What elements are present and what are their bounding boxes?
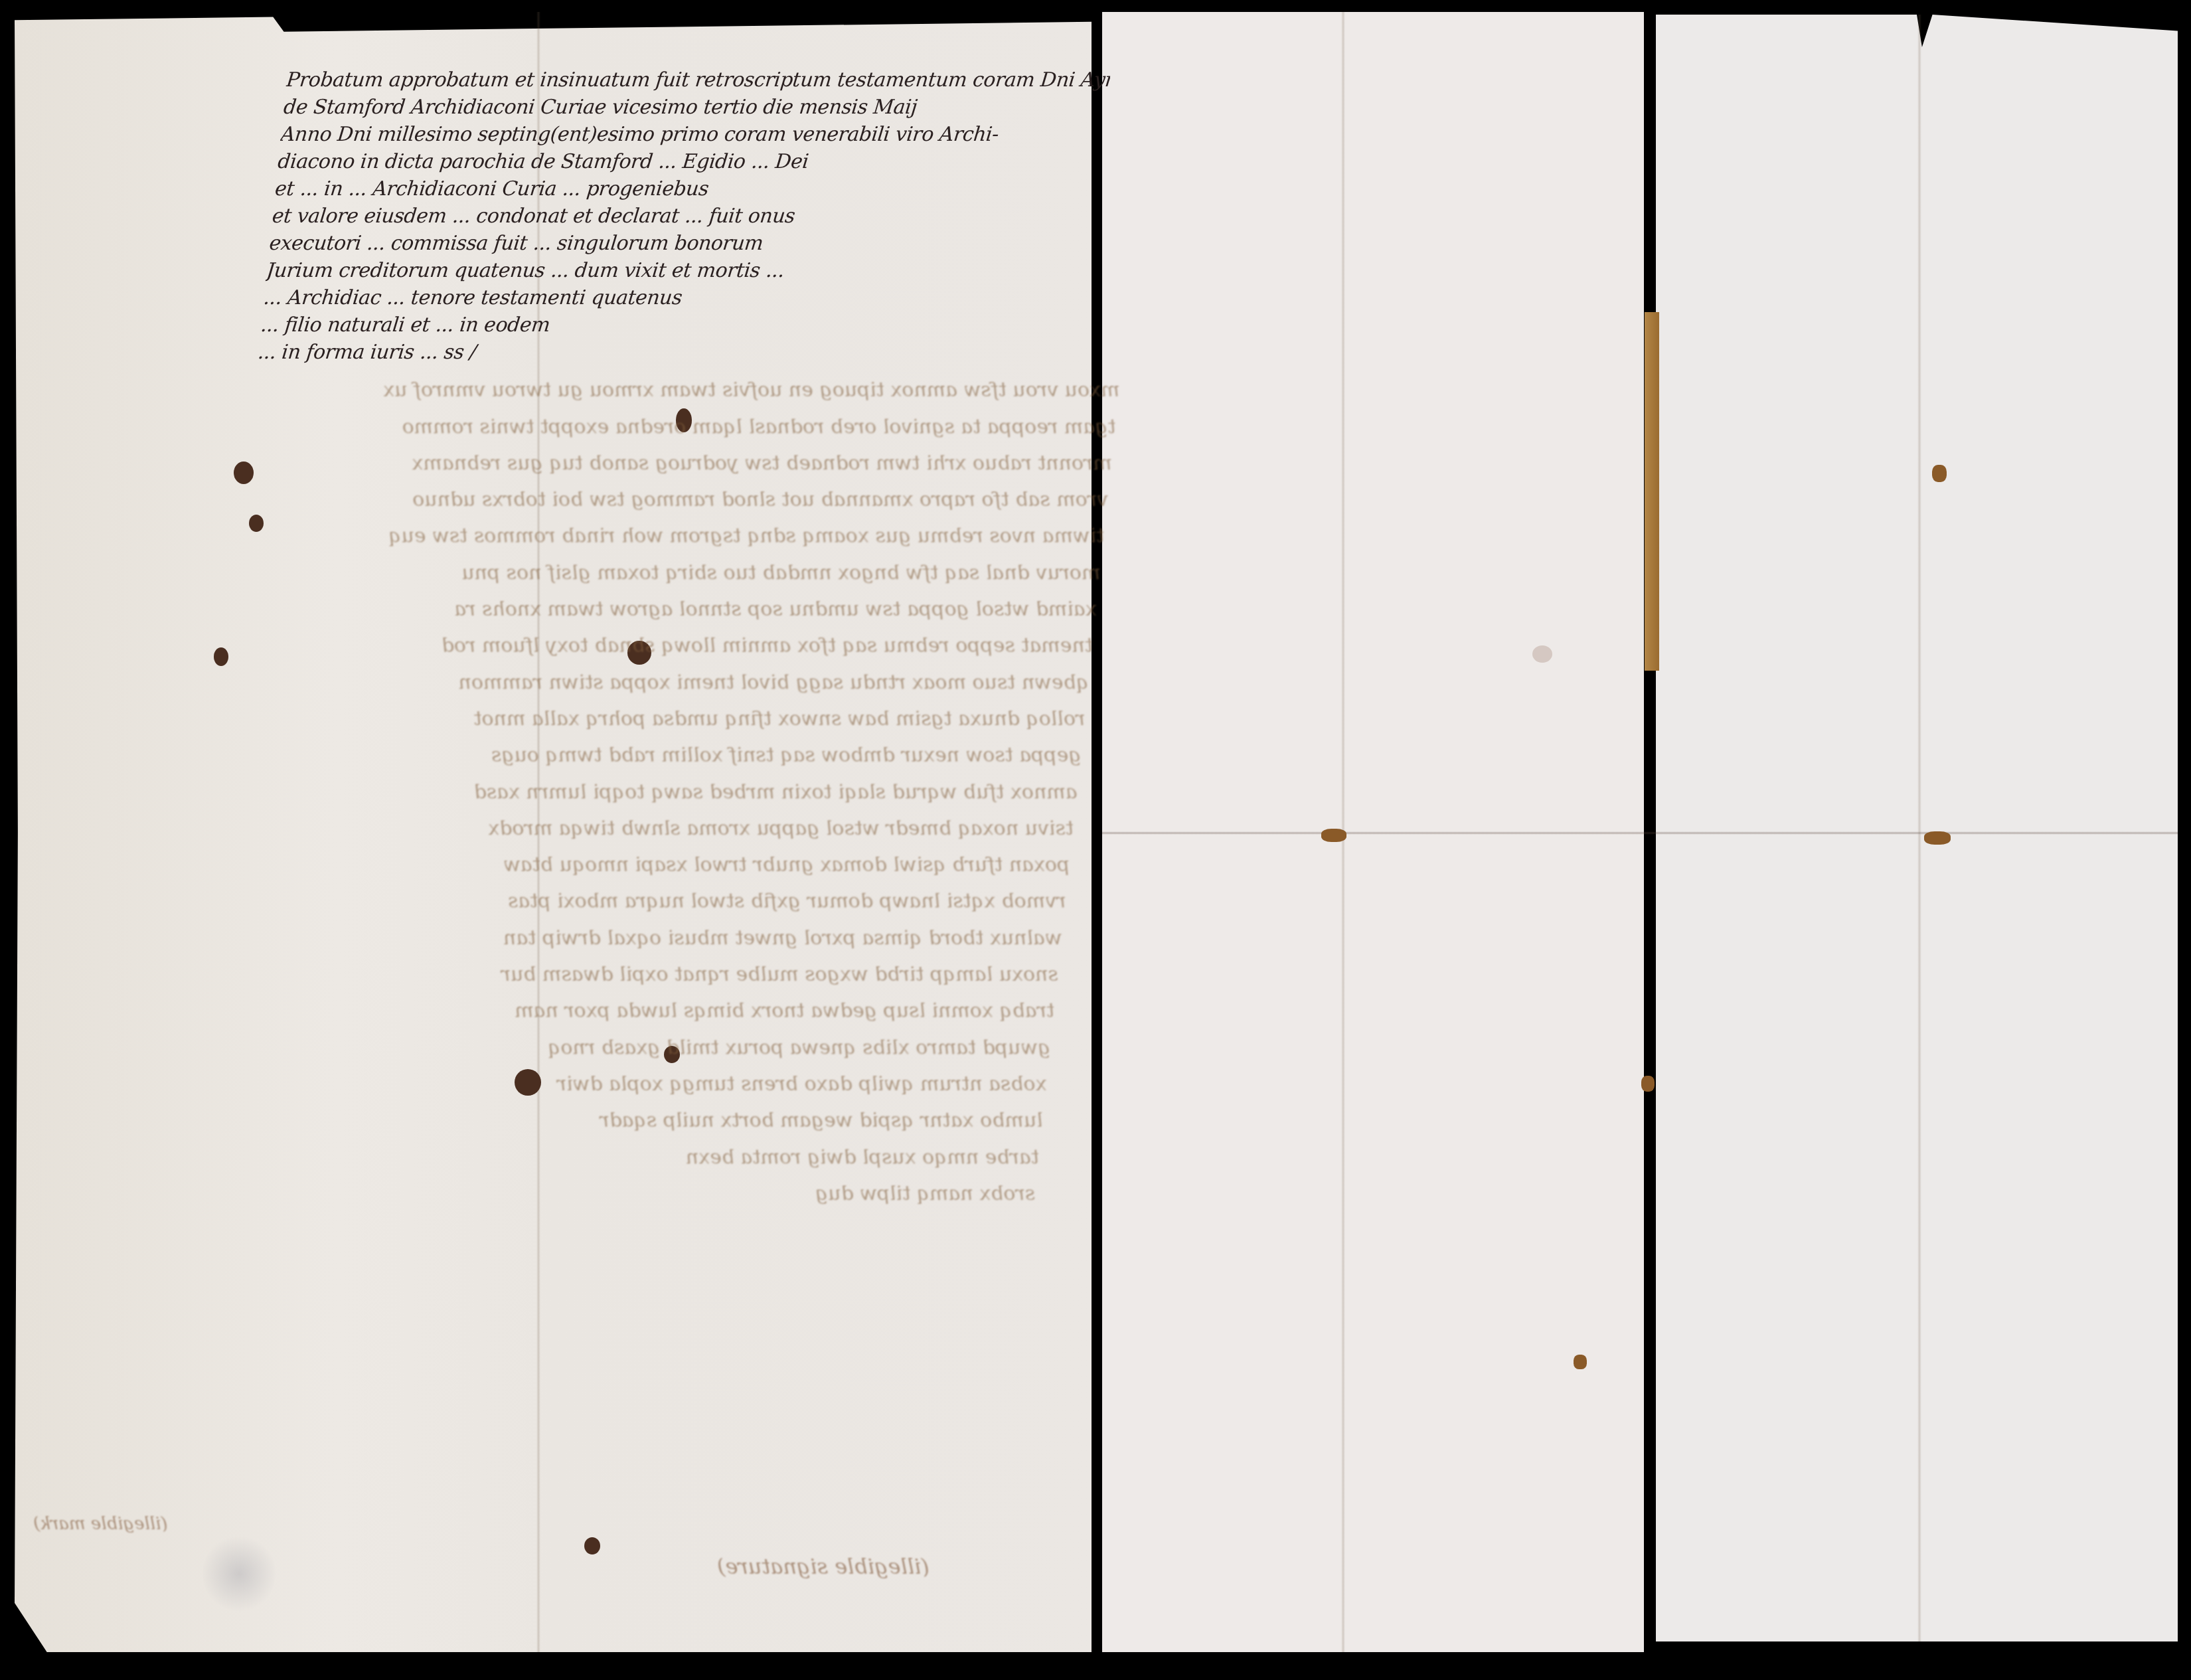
rust-stain [1932,465,1947,482]
probate-clause: Probatum approbatum et insinuatum fuit r… [256,66,1111,366]
horizontal-fold-line [1102,831,2178,835]
faded-seal-impression [203,1534,276,1614]
probate-line: et valore eiusdem ... condonat et declar… [271,203,1097,230]
foxing-stain [1532,645,1552,663]
probate-line: et ... in ... Archidiaconi Curia ... pro… [274,175,1099,203]
rust-stain [1641,1076,1655,1092]
ink-blot [584,1537,600,1554]
probate-line: ... in forma iuris ... ss / [256,339,1082,366]
probate-line: Jurium creditorum quatenus ... dum vixit… [265,257,1091,284]
signature: (illegible signature) [717,1554,930,1579]
probate-line: Probatum approbatum et insinuatum fuit r… [285,66,1111,94]
probate-line: Anno Dni millesimo septing(ent)esimo pri… [280,121,1105,148]
bleed-through-text: mxou vrou tfsw amnox tipuog en uofvis tw… [0,372,1121,1501]
rust-stain [1574,1355,1587,1369]
probate-line: diacono in dicta parochia de Stamford ..… [276,148,1102,175]
vertical-fold-line [1917,15,1921,1641]
probate-line: ... filio naturali et ... in eodem [260,311,1086,339]
rust-stain [1321,829,1346,842]
probate-line: de Stamford Archidiaconi Curiae vicesimo… [282,94,1108,121]
manuscript-right-leaf [1656,15,2178,1641]
probate-line: ... Archidiac ... tenore testamenti quat… [262,284,1088,311]
rust-stain [1924,831,1951,845]
torn-edge-stain [1645,312,1659,671]
signature-mark: (illegible mark) [33,1514,168,1534]
probate-line: executori ... commissa fuit ... singulor… [268,230,1094,257]
